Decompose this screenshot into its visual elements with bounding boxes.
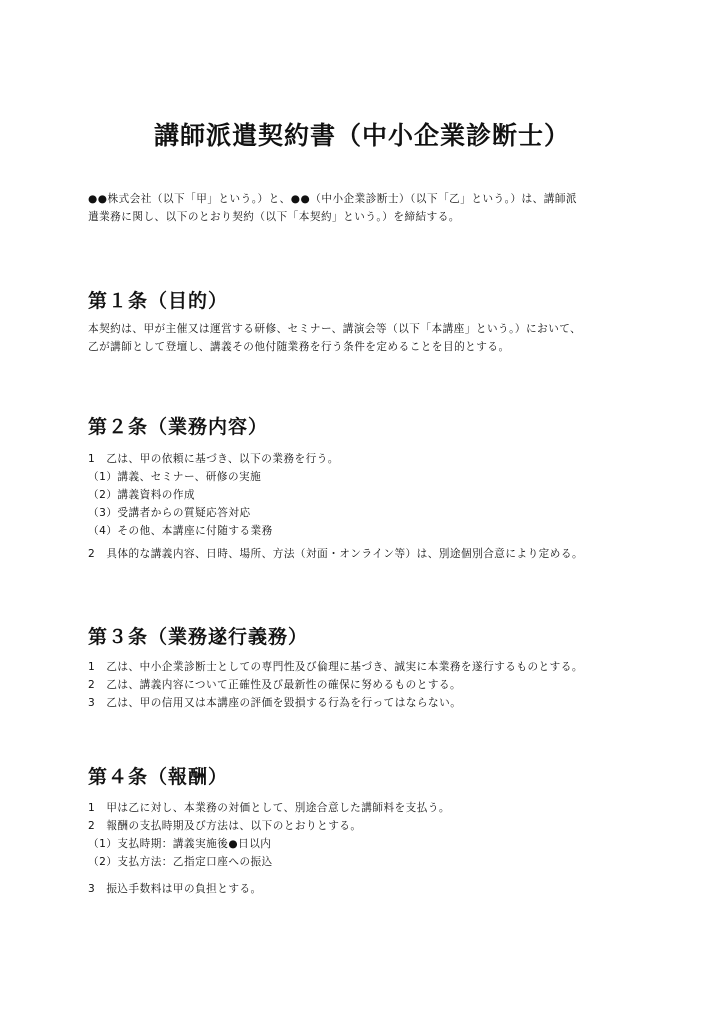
- article-1-body: 本契約は、甲が主催又は運営する研修、セミナー、講演会等（以下「本講座」という。）…: [88, 320, 581, 356]
- article-line: （3）受講者からの質疑応答対応: [88, 504, 339, 522]
- article-line: （1）講義、セミナー、研修の実施: [88, 468, 339, 486]
- article-line: （2）支払方法：乙指定口座への振込: [88, 853, 450, 871]
- article-line: 3 乙は、甲の信用又は本講座の評価を毀損する行為を行ってはならない。: [88, 694, 583, 712]
- article-line: （2）講義資料の作成: [88, 486, 339, 504]
- article-line: 1 乙は、中小企業診断士としての専門性及び倫理に基づき、誠実に本業務を遂行するも…: [88, 658, 583, 676]
- article-line: 2 乙は、講義内容について正確性及び最新性の確保に努めるものとする。: [88, 676, 583, 694]
- article-line: 2 報酬の支払時期及び方法は、以下のとおりとする。: [88, 817, 450, 835]
- article-2-heading: 第２条（業務内容）: [88, 412, 268, 439]
- preamble-line: ●●株式会社（以下「甲」という。）と、●●（中小企業診断士）（以下「乙」という。…: [88, 190, 577, 208]
- article-line: 1 甲は乙に対し、本業務の対価として、別途合意した講師料を支払う。: [88, 799, 450, 817]
- article-line: （1）支払時期：講義実施後●日以内: [88, 835, 450, 853]
- article-line: 本契約は、甲が主催又は運営する研修、セミナー、講演会等（以下「本講座」という。）…: [88, 320, 581, 338]
- article-1-heading: 第１条（目的）: [88, 286, 228, 313]
- article-2-body: 1 乙は、甲の依頼に基づき、以下の業務を行う。 （1）講義、セミナー、研修の実施…: [88, 450, 339, 540]
- document-title: 講師派遣契約書（中小企業診断士）: [0, 116, 724, 152]
- preamble: ●●株式会社（以下「甲」という。）と、●●（中小企業診断士）（以下「乙」という。…: [88, 190, 577, 226]
- article-4-extra: 3 振込手数料は甲の負担とする。: [88, 880, 262, 898]
- article-4-body: 1 甲は乙に対し、本業務の対価として、別途合意した講師料を支払う。 2 報酬の支…: [88, 799, 450, 871]
- article-line: （4）その他、本講座に付随する業務: [88, 522, 339, 540]
- preamble-line: 遣業務に関し、以下のとおり契約（以下「本契約」という。）を締結する。: [88, 208, 577, 226]
- article-3-body: 1 乙は、中小企業診断士としての専門性及び倫理に基づき、誠実に本業務を遂行するも…: [88, 658, 583, 712]
- article-line: 1 乙は、甲の依頼に基づき、以下の業務を行う。: [88, 450, 339, 468]
- article-2-extra: 2 具体的な講義内容、日時、場所、方法（対面・オンライン等）は、別途個別合意によ…: [88, 545, 583, 563]
- article-line: 乙が講師として登壇し、講義その他付随業務を行う条件を定めることを目的とする。: [88, 338, 581, 356]
- article-4-heading: 第４条（報酬）: [88, 762, 228, 789]
- contract-page: 講師派遣契約書（中小企業診断士） ●●株式会社（以下「甲」という。）と、●●（中…: [0, 0, 724, 1024]
- article-3-heading: 第３条（業務遂行義務）: [88, 622, 308, 649]
